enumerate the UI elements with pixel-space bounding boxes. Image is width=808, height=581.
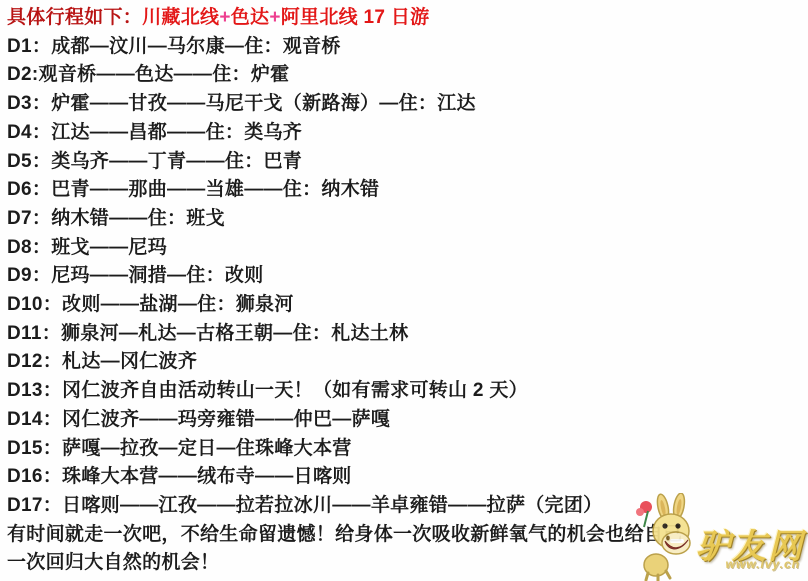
itinerary-line-d16: D16：珠峰大本营——绒布寺——日喀则	[7, 463, 808, 492]
title-route-segment: 色达	[231, 7, 270, 28]
itinerary-line-d12: D12：札达—冈仁波齐	[7, 348, 808, 377]
itinerary-line-d3: D3：炉霍——甘孜——马尼干戈（新路海）—住：江达	[7, 90, 808, 119]
itinerary-line-d2: D2:观音桥——色达——住：炉霍	[7, 61, 808, 90]
title-prefix: 具体行程如下：	[7, 7, 142, 28]
itinerary-line-d1: D1：成都—汶川—马尔康—住：观音桥	[7, 33, 808, 62]
itinerary-line-d8: D8：班戈——尼玛	[7, 234, 808, 263]
itinerary-line-d10: D10：改则——盐湖—住：狮泉河	[7, 291, 808, 320]
title-route-segment: 川藏北线	[142, 7, 219, 28]
title-route-segment: 阿里北线 17 日游	[281, 7, 430, 28]
itinerary-line-d4: D4：江达——昌都——住：类乌齐	[7, 119, 808, 148]
itinerary-line-d7: D7：纳木错——住：班戈	[7, 205, 808, 234]
itinerary-line-d5: D5：类乌齐——丁青——住：巴青	[7, 148, 808, 177]
itinerary-line-d14: D14：冈仁波齐——玛旁雍错——仲巴—萨嘎	[7, 406, 808, 435]
itinerary-line-d11: D11：狮泉河—札达—古格王朝—住：札达土林	[7, 320, 808, 349]
watermark-url: www.lvy.cn	[726, 557, 800, 571]
itinerary-document: 具体行程如下：川藏北线+色达+阿里北线 17 日游 D1：成都—汶川—马尔康—住…	[0, 0, 808, 581]
site-watermark: 驴友网 www.lvy.cn	[630, 493, 808, 581]
itinerary-line-d13: D13：冈仁波齐自由活动转山一天！（如有需求可转山 2 天）	[7, 377, 808, 406]
title-plus-sign: +	[219, 7, 230, 28]
itinerary-line-d9: D9：尼玛——洞措—住：改则	[7, 262, 808, 291]
title-plus-sign: +	[269, 7, 280, 28]
page-title: 具体行程如下：川藏北线+色达+阿里北线 17 日游	[7, 4, 808, 33]
itinerary-line-d6: D6：巴青——那曲——当雄——住：纳木错	[7, 176, 808, 205]
itinerary-line-d15: D15：萨嘎—拉孜—定日—住珠峰大本营	[7, 435, 808, 464]
